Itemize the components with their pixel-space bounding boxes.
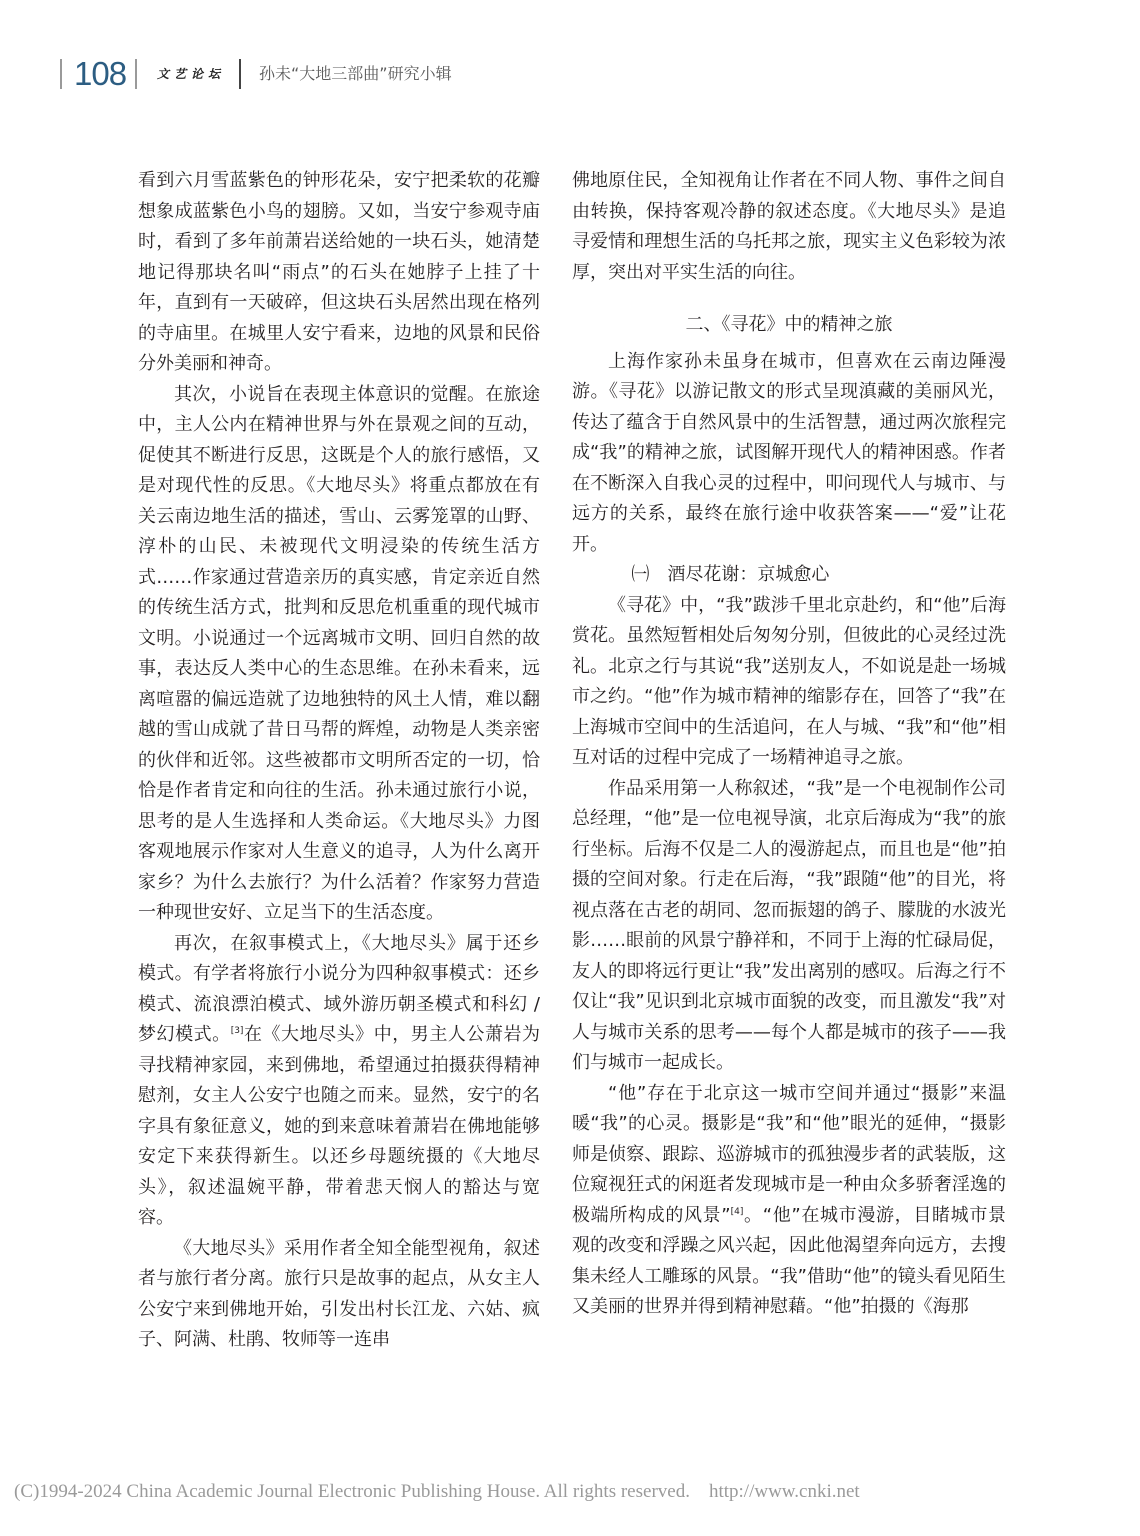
paragraph: 再次，在叙事模式上，《大地尽头》属于还乡模式。有学者将旅行小说分为四种叙事模式：…: [138, 929, 540, 1234]
subsection-heading: ㈠ 酒尽花谢：京城愈心: [572, 560, 1006, 591]
paragraph: 《寻花》中，“我”跋涉千里北京赴约，和“他”后海赏花。虽然短暂相处后匆匆分别，但…: [572, 591, 1006, 774]
paragraph: 其次，小说旨在表现主体意识的觉醒。在旅途中，主人公内在精神世界与外在景观之间的互…: [138, 380, 540, 929]
journal-name: 文艺论坛: [157, 64, 225, 84]
header-divider: [60, 59, 62, 89]
section-heading: 二、《寻花》中的精神之旅: [572, 310, 1006, 341]
paragraph: “他”存在于北京这一城市空间并通过“摄影”来温暖“我”的心灵。摄影是“我”和“他…: [572, 1079, 1006, 1323]
paragraph: 作品采用第一人称叙述，“我”是一个电视制作公司总经理，“他”是一位电视导演，北京…: [572, 774, 1006, 1079]
header-divider: [135, 59, 137, 89]
left-column: 看到六月雪蓝紫色的钟形花朵，安宁把柔软的花瓣想象成蓝紫色小鸟的翅膀。又如，当安宁…: [138, 166, 540, 1356]
paragraph: 看到六月雪蓝紫色的钟形花朵，安宁把柔软的花瓣想象成蓝紫色小鸟的翅膀。又如，当安宁…: [138, 166, 540, 380]
column-title: 孙未“大地三部曲”研究小辑: [259, 62, 452, 86]
paragraph: 《大地尽头》采用作者全知全能型视角，叙述者与旅行者分离。旅行只是故事的起点，从女…: [138, 1234, 540, 1356]
paragraph: 佛地原住民，全知视角让作者在不同人物、事件之间自由转换，保持客观冷静的叙述态度。…: [572, 166, 1006, 288]
citation-ref: [3]: [231, 1026, 244, 1036]
citation-ref: [4]: [731, 1207, 744, 1217]
copyright-footer: (C)1994-2024 China Academic Journal Elec…: [14, 1481, 860, 1503]
paragraph: 上海作家孙未虽身在城市，但喜欢在云南边陲漫游。《寻花》以游记散文的形式呈现滇藏的…: [572, 347, 1006, 561]
page-header: 108 文艺论坛 孙未“大地三部曲”研究小辑: [0, 0, 1140, 120]
page-number: 108: [74, 54, 126, 94]
right-column: 佛地原住民，全知视角让作者在不同人物、事件之间自由转换，保持客观冷静的叙述态度。…: [572, 166, 1006, 1323]
header-divider: [239, 59, 241, 89]
paragraph-text: 在《大地尽头》中，男主人公萧岩为寻找精神家园，来到佛地，希望通过拍摄获得精神慰剂…: [138, 1024, 540, 1228]
